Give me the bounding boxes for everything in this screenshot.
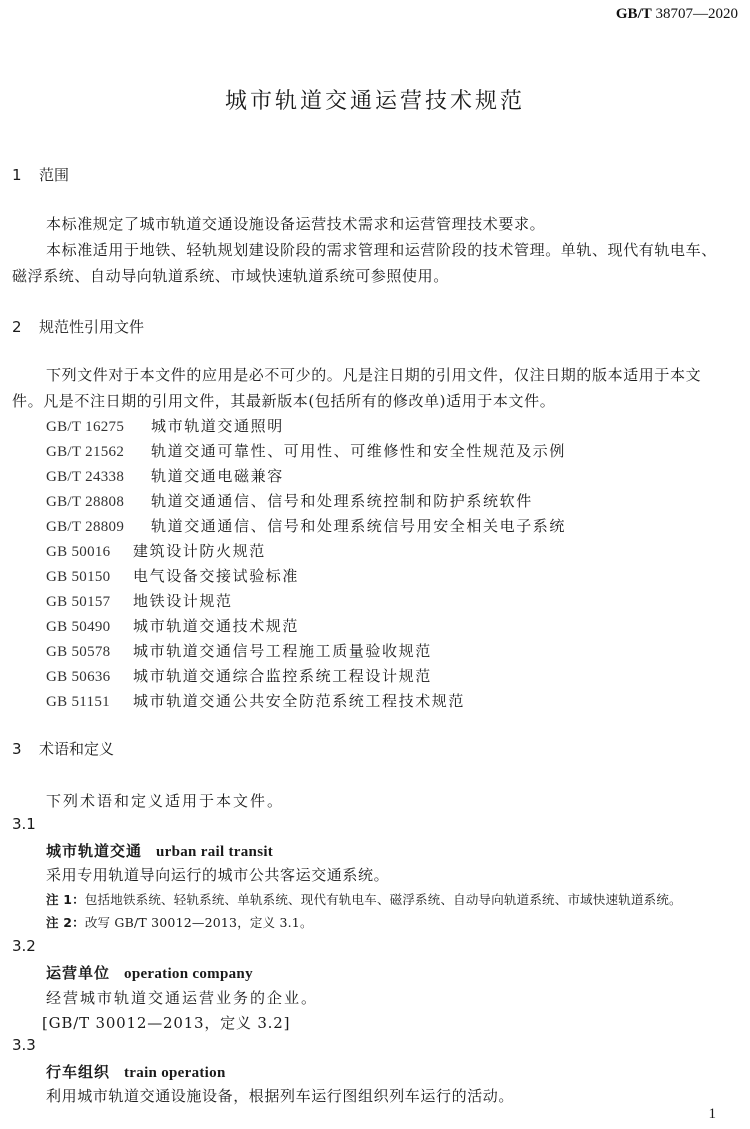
reference-name: 地铁设计规范 [133, 592, 233, 610]
reference-name: 城市轨道交通综合监控系统工程设计规范 [133, 667, 432, 685]
reference-item: GB/T 16275城市轨道交通照明 [46, 415, 284, 436]
term-number: 3.2 [12, 937, 36, 955]
section-3-heading: 3术语和定义 [12, 738, 114, 759]
term-definition: 经营城市轨道交通运营业务的企业。 [46, 987, 318, 1008]
paragraph: 本标准规定了城市轨道交通设施设备运营技术需求和运营管理技术要求。 [46, 213, 545, 234]
reference-code: GB/T 28808 [46, 494, 151, 511]
section-title: 规范性引用文件 [39, 318, 144, 336]
note-label: 注 1： [46, 892, 85, 907]
term-note: 注 2：改写 GB/T 30012—2013，定义 3.1。 [46, 913, 313, 931]
reference-code: GB 50157 [46, 594, 133, 611]
reference-name: 城市轨道交通信号工程施工质量验收规范 [133, 642, 432, 660]
standard-number: GB/T 38707—2020 [616, 6, 738, 23]
page-number: 1 [709, 1106, 717, 1123]
reference-name: 城市轨道交通技术规范 [133, 617, 299, 635]
reference-name: 轨道交通通信、信号和处理系统控制和防护系统软件 [151, 492, 533, 510]
term-definition: 利用城市轨道交通设施设备，根据列车运行图组织列车运行的活动。 [46, 1085, 514, 1106]
term-number: 3.1 [12, 815, 36, 833]
note-label: 注 2： [46, 915, 85, 930]
reference-name: 城市轨道交通照明 [151, 417, 284, 435]
term-number: 3.3 [12, 1036, 36, 1054]
section-title: 术语和定义 [39, 740, 114, 758]
term-definition: 采用专用轨道导向运行的城市公共客运交通系统。 [46, 864, 389, 885]
term-en: train operation [124, 1065, 226, 1081]
term-zh: 运营单位 [46, 964, 110, 982]
term-zh: 行车组织 [46, 1063, 110, 1081]
section-number: 2 [12, 318, 39, 336]
section-number: 1 [12, 166, 39, 184]
reference-code: GB/T 16275 [46, 419, 151, 436]
section-title: 范围 [39, 166, 69, 184]
term-source: [GB/T 30012—2013，定义 3.2] [42, 1012, 290, 1033]
reference-code: GB/T 28809 [46, 519, 151, 536]
standard-prefix: GB/T [616, 6, 652, 22]
paragraph: 下列术语和定义适用于本文件。 [46, 790, 284, 811]
reference-code: GB 50578 [46, 644, 133, 661]
paragraph: 下列文件对于本文件的应用是必不可少的。凡是注日期的引用文件，仅注日期的版本适用于… [46, 364, 701, 385]
reference-code: GB/T 24338 [46, 469, 151, 486]
reference-name: 建筑设计防火规范 [133, 542, 266, 560]
reference-name: 城市轨道交通公共安全防范系统工程技术规范 [133, 692, 465, 710]
document-title: 城市轨道交通运营技术规范 [0, 84, 750, 115]
paragraph: 件。凡是不注日期的引用文件，其最新版本(包括所有的修改单)适用于本文件。 [12, 390, 555, 411]
term-en: urban rail transit [156, 844, 273, 860]
section-number: 3 [12, 740, 39, 758]
reference-name: 电气设备交接试验标准 [133, 567, 299, 585]
reference-item: GB 50636城市轨道交通综合监控系统工程设计规范 [46, 665, 432, 686]
reference-name: 轨道交通电磁兼容 [151, 467, 284, 485]
reference-code: GB 50636 [46, 669, 133, 686]
reference-item: GB 50150电气设备交接试验标准 [46, 565, 299, 586]
reference-code: GB 51151 [46, 694, 133, 711]
reference-item: GB 50490城市轨道交通技术规范 [46, 615, 299, 636]
reference-item: GB 50578城市轨道交通信号工程施工质量验收规范 [46, 640, 432, 661]
reference-code: GB/T 21562 [46, 444, 151, 461]
reference-item: GB 50157地铁设计规范 [46, 590, 233, 611]
reference-item: GB/T 28809轨道交通通信、信号和处理系统信号用安全相关电子系统 [46, 515, 566, 536]
term-note: 注 1：包括地铁系统、轻轨系统、单轨系统、现代有轨电车、磁浮系统、自动导向轨道系… [46, 890, 682, 908]
term-en: operation company [124, 966, 253, 982]
term-zh: 城市轨道交通 [46, 842, 142, 860]
term-heading: 运营单位operation company [46, 962, 253, 983]
reference-code: GB 50490 [46, 619, 133, 636]
paragraph: 磁浮系统、自动导向轨道系统、市域快速轨道系统可参照使用。 [12, 265, 449, 286]
reference-item: GB 51151城市轨道交通公共安全防范系统工程技术规范 [46, 690, 465, 711]
standard-code: 38707—2020 [656, 6, 739, 22]
reference-item: GB/T 21562轨道交通可靠性、可用性、可维修性和安全性规范及示例 [46, 440, 566, 461]
section-1-heading: 1范围 [12, 164, 69, 185]
section-2-heading: 2规范性引用文件 [12, 316, 144, 337]
reference-code: GB 50150 [46, 569, 133, 586]
paragraph: 本标准适用于地铁、轻轨规划建设阶段的需求管理和运营阶段的技术管理。单轨、现代有轨… [46, 239, 717, 260]
note-text: 包括地铁系统、轻轨系统、单轨系统、现代有轨电车、磁浮系统、自动导向轨道系统、市域… [85, 892, 682, 907]
note-text: 改写 GB/T 30012—2013，定义 3.1。 [85, 915, 313, 930]
term-heading: 城市轨道交通urban rail transit [46, 840, 273, 861]
reference-code: GB 50016 [46, 544, 133, 561]
term-heading: 行车组织train operation [46, 1061, 226, 1082]
reference-item: GB/T 28808轨道交通通信、信号和处理系统控制和防护系统软件 [46, 490, 533, 511]
reference-name: 轨道交通可靠性、可用性、可维修性和安全性规范及示例 [151, 442, 566, 460]
reference-name: 轨道交通通信、信号和处理系统信号用安全相关电子系统 [151, 517, 566, 535]
reference-item: GB/T 24338轨道交通电磁兼容 [46, 465, 284, 486]
reference-item: GB 50016建筑设计防火规范 [46, 540, 266, 561]
